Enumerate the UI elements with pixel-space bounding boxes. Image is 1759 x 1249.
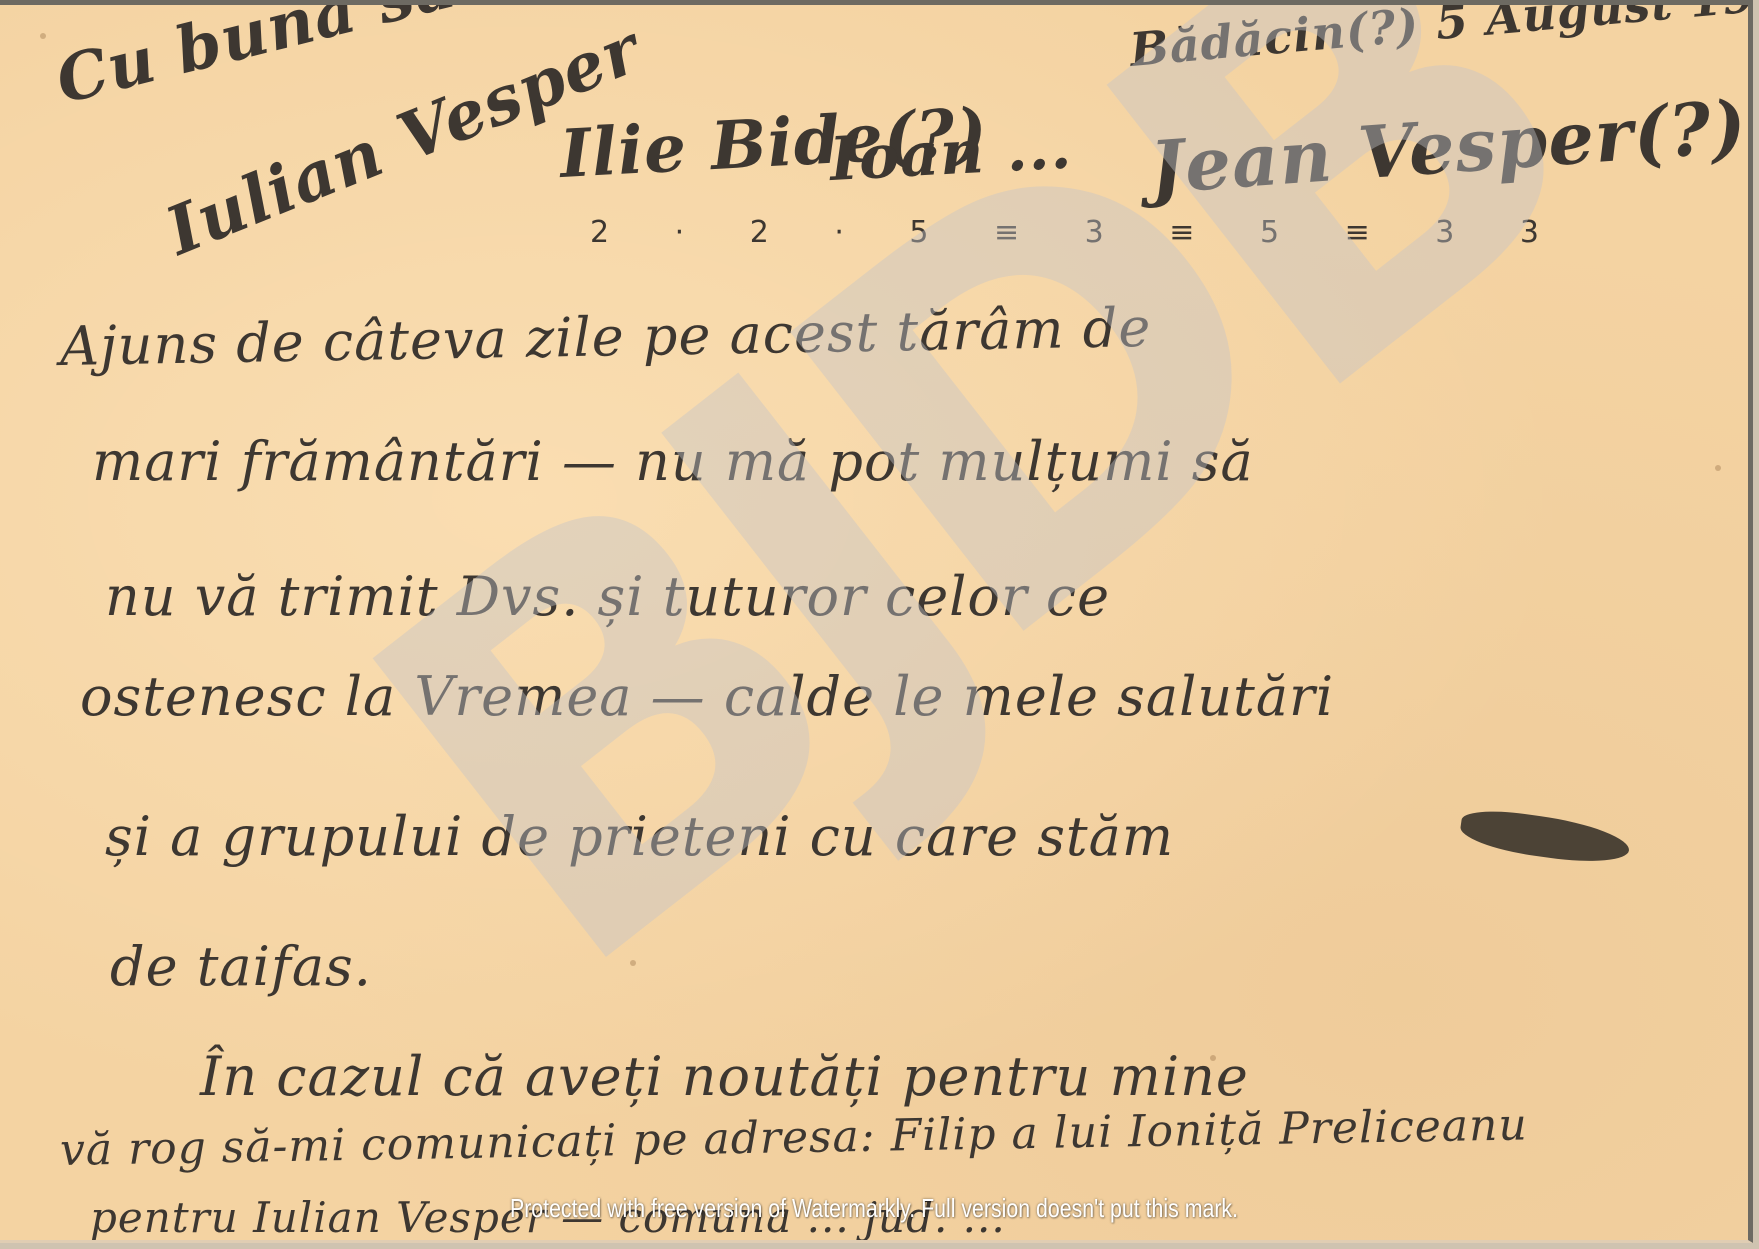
paper-speck	[40, 33, 46, 39]
paper-speck	[630, 960, 636, 966]
paper-speck	[1715, 465, 1721, 471]
body-line-6: de taifas.	[110, 935, 372, 998]
signature-3: Ioan ...	[828, 112, 1073, 195]
body-line-1: Ajuns de câteva zile pe acest tărâm de	[59, 296, 1151, 378]
body-line-3: nu vă trimit Dvs. și tuturor celor ce	[105, 565, 1110, 628]
signature-4: Jean Vesper(?)	[1147, 83, 1749, 210]
place-date: Bădăcin(?) 5 August 1947	[1128, 0, 1753, 77]
body-line-5: și a grupului de prieteni cu care stăm	[105, 805, 1174, 868]
body-line-8: vă rog să-mi comunicați pe adresa: Filip…	[60, 1099, 1529, 1176]
body-line-4: ostenesc la Vremea — calde le mele salut…	[80, 665, 1334, 728]
ink-blot-strikethrough	[1458, 805, 1632, 868]
body-line-7: În cazul că aveți noutăți pentru mine	[200, 1045, 1249, 1108]
signature-accent-marks: 2 · 2 · 5 ≡ 3 ≡ 5 ≡ 3 3	[590, 215, 1567, 250]
body-line-2: mari frământări — nu mă pot mulțumi să	[92, 430, 1254, 493]
body-line-9: pentru Iulian Vesper — comuna ... jud. .…	[90, 1193, 1006, 1242]
postcard: Cu bună salutări Bădăcin(?) 5 August 194…	[0, 0, 1753, 1243]
